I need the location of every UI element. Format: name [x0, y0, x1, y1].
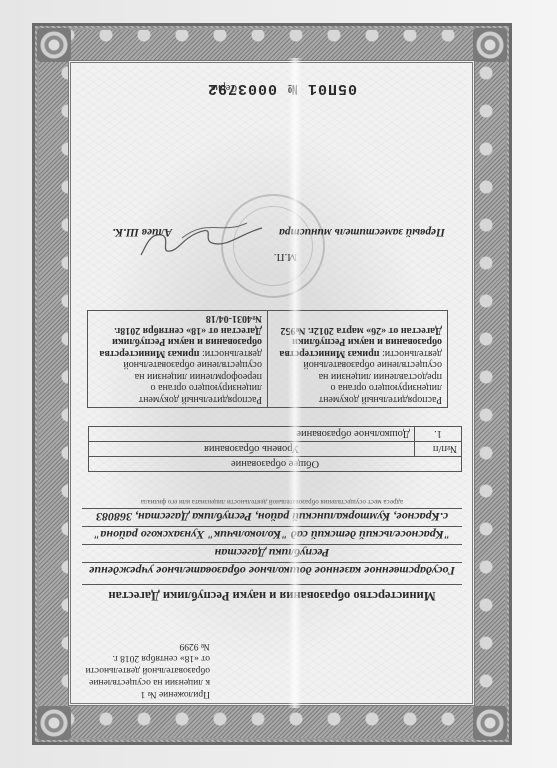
appendix-line: Приложение № 1 [80, 688, 210, 700]
corner-ornament-icon [37, 706, 71, 740]
divider [82, 584, 462, 585]
licensee-line: "Красносельский детский сад "Колокольчик… [82, 527, 462, 542]
corner-ornament-icon [473, 706, 507, 740]
appendix-line: к лицензии на осуществление [80, 676, 210, 688]
signer-title: Первый заместитель министра [279, 226, 445, 238]
education-level: Дошкольное образование [89, 427, 415, 442]
divider [82, 544, 462, 545]
education-levels-table: Общее образование №п/п Уровень образован… [88, 426, 462, 472]
reissuance-order-cell: Распорядительный документ лицензирующего… [88, 311, 268, 408]
appendix-line: № 9299 [80, 640, 210, 652]
appendix-note: Приложение № 1 к лицензии на осуществлен… [80, 640, 210, 700]
licensee-line: Республики Дагестан [82, 545, 462, 560]
table-row: 1. Дошкольное образование [89, 427, 462, 442]
licensee-address: с.Красное, Кумторкалинский район, Респуб… [82, 509, 462, 524]
divider [82, 526, 462, 527]
column-header: Уровень образования [89, 442, 415, 457]
appendix-line: от «18» сентября 2018 г. [80, 652, 210, 664]
license-appendix-sheet: Приложение № 1 к лицензии на осуществлен… [0, 0, 557, 768]
order-documents-table: Распорядительный документ лицензирующего… [87, 310, 448, 408]
address-caption: адреса мест осуществления образовательно… [82, 498, 462, 506]
licensee-line: Государственное казенное дошкольное обра… [82, 563, 462, 578]
corner-ornament-icon [37, 28, 71, 62]
issuer-title: Министерство образования и науки Республ… [87, 588, 457, 603]
corner-ornament-icon [473, 28, 507, 62]
series-number: 05П01 № 0003792 [207, 80, 357, 97]
column-header: №п/п [415, 442, 462, 457]
row-number: 1. [415, 427, 462, 442]
signer-name: Алиев Ш.К. [112, 226, 172, 238]
divider [82, 508, 462, 509]
appendix-line: образовательной деятельности [80, 664, 210, 676]
scan-glare [288, 58, 302, 708]
section-title: Общее образование [89, 457, 462, 472]
divider [82, 562, 462, 563]
